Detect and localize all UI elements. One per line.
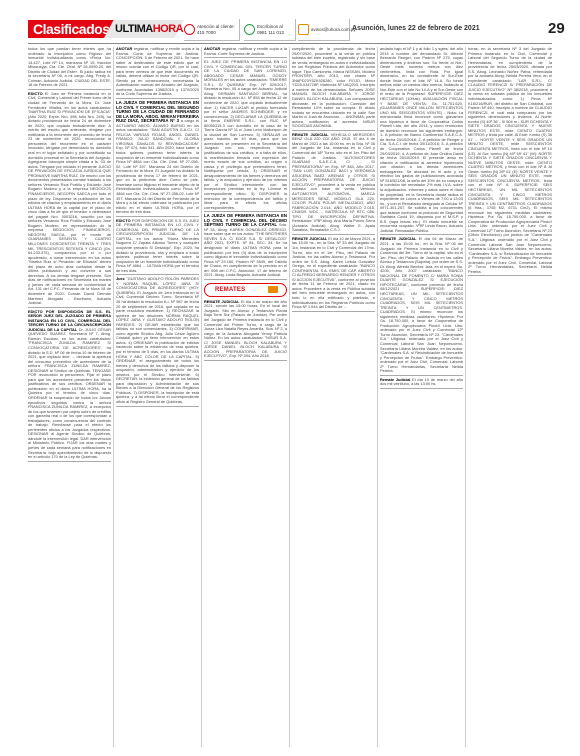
notice: andado bajo el Nº 1 y al folio 1 y sgtes…	[380, 47, 463, 235]
contact-value: 415 7000	[197, 30, 235, 36]
column-6: horas, en la secretaría Nº 3 del Juzgado…	[468, 47, 554, 747]
notice-body: a cargo el ACTUARIO ABOG. ÁLVARO BUENO e…	[116, 118, 199, 214]
contact-label: Escríbinos al	[257, 24, 284, 30]
notice-body: El día 10 de Marzo 2021, a las 15:00 hs.…	[292, 236, 375, 309]
notice: LA JUEZA DE PRIMERA INSTANCIA EN LO CIVI…	[116, 101, 199, 217]
mail-icon	[298, 24, 309, 35]
notice-body: POR DISPOSICIÓN DE S.S. EL JUEZ DE PRIME…	[116, 218, 199, 273]
contact-label: Atención al cliente:	[197, 24, 235, 30]
notice-body: "GUSTAVO ADOLFO ROLÓN PAREDES Y NORMA RA…	[116, 276, 199, 404]
remates-banner: REMATES	[204, 283, 287, 297]
section-label: Clasificados	[28, 20, 116, 38]
column-4: cumplimiento de la providencia de fecha …	[292, 47, 378, 747]
notice: REMATE JUDICIAL El día 4 de marzo del añ…	[204, 300, 287, 361]
gavel-icon	[268, 286, 278, 293]
notice-body: andado bajo el Nº 1 y al folio 1 y sgtes…	[380, 47, 463, 233]
column-5: andado bajo el Nº 1 y al folio 1 y sgtes…	[380, 47, 466, 747]
notice: EDICTO POR DISPOSICIÓN DE S.S. EL JUEZ D…	[116, 219, 199, 276]
phone-icon	[184, 24, 195, 35]
notice: EDICTO El Juez de Primera Instancia en l…	[28, 92, 111, 308]
notice-body: horas, en la secretaría Nº 3 del Juzgado…	[468, 47, 552, 274]
notice: cumplimiento de la providencia de fecha …	[292, 47, 375, 131]
notice: todos los que puedan tener interés que h…	[28, 47, 111, 90]
page-number: 29	[548, 20, 565, 37]
page-header: Clasificados ULTIMAHORA Atención al clie…	[0, 0, 580, 48]
notice: REMATE JUDICIAL El día 04 de Marzo de 20…	[380, 237, 463, 375]
header-divider	[28, 43, 552, 44]
notice: REMATE JUDICIAL VEHÍCULO MERCEDES BENZ G…	[292, 133, 375, 235]
whatsapp-icon	[244, 24, 255, 35]
brand-logo-a: ULTIMA	[115, 23, 153, 35]
column-2: ANOTAR registrar, notificar y remitir co…	[116, 47, 202, 747]
notice-body: El día 04 de Marzo de 2021, a las 15:00 …	[380, 236, 463, 373]
notice-lead: LA JUEZA DE PRIMERA INSTANCIA EN LO CIVI…	[204, 213, 287, 227]
contact-phone[interactable]: Atención al cliente:415 7000	[184, 19, 240, 41]
notice: ANOTAR registrar, notificar y remitir co…	[204, 47, 287, 58]
brand-logo: ULTIMAHORA	[115, 22, 183, 36]
column-3: ANOTAR registrar, notificar y remitir co…	[204, 47, 290, 747]
publication-date: Asunción, lunes 22 de febrero de 2021	[352, 25, 480, 32]
notice-body: Dr. JULIO CÉSAR QUEVEDO SUAREZ, Secretar…	[28, 327, 111, 459]
notice: LA JUEZA DE PRIMERA INSTANCIA EN LO CIVI…	[204, 214, 287, 280]
contact-label: avisos@uhora.com.py	[311, 27, 356, 33]
column-1: todos los que puedan tener interés que h…	[28, 47, 114, 747]
notice: ANOTAR registrar, notificar y remitir co…	[116, 47, 199, 99]
notice: EDICTO POR DISPOSICIÓN DE S.S. EL SEÑOR …	[28, 310, 111, 462]
notice: horas, en la secretaría Nº 3 del Juzgado…	[468, 47, 552, 276]
notice-body: registrar, notificar y remitir copia a l…	[116, 47, 199, 96]
notice-body: El día 4 de marzo del año 2021, siendo l…	[204, 299, 287, 359]
notice-body: Sria. Nº 34, Abog. KAREN GONZÁLEZ ORREGO…	[204, 222, 287, 277]
contact-value: 0981 111 013	[257, 30, 284, 36]
notice: EL JUEZ DE PRIMERA INSTANCIA EN LO CIVIL…	[204, 60, 287, 212]
notice-body: cumplimiento de la providencia de fecha …	[292, 47, 375, 128]
notice: Juez "GUSTAVO ADOLFO ROLÓN PAREDES Y NOR…	[116, 277, 199, 406]
remates-label: REMATES	[215, 288, 245, 293]
notice: REMATE JUDICIAL El día 10 de Marzo 2021,…	[292, 237, 375, 312]
notice-body: todos los que puedan tener interés que h…	[28, 47, 111, 87]
classifieds-columns: todos los que puedan tener interés que h…	[28, 47, 552, 747]
brand-logo-b: HORA	[153, 23, 183, 35]
notice-body: El Juez de Primera Instancia en lo Civil…	[28, 91, 111, 305]
notice-body: VEHÍCULO MERCEDES BENZ GLA 220 CDI AÑO 2…	[292, 132, 375, 232]
contact-email[interactable]: avisos@uhora.com.py	[298, 19, 350, 41]
section-title: Clasificados	[33, 20, 109, 38]
contact-whatsapp[interactable]: Escríbinos al0981 111 013	[244, 19, 296, 41]
notice: Remate Judicial El día 10 de marzo del a…	[380, 378, 463, 389]
notice-body: en los autos caratulados: "EMERRE S.R.L.…	[204, 77, 287, 209]
